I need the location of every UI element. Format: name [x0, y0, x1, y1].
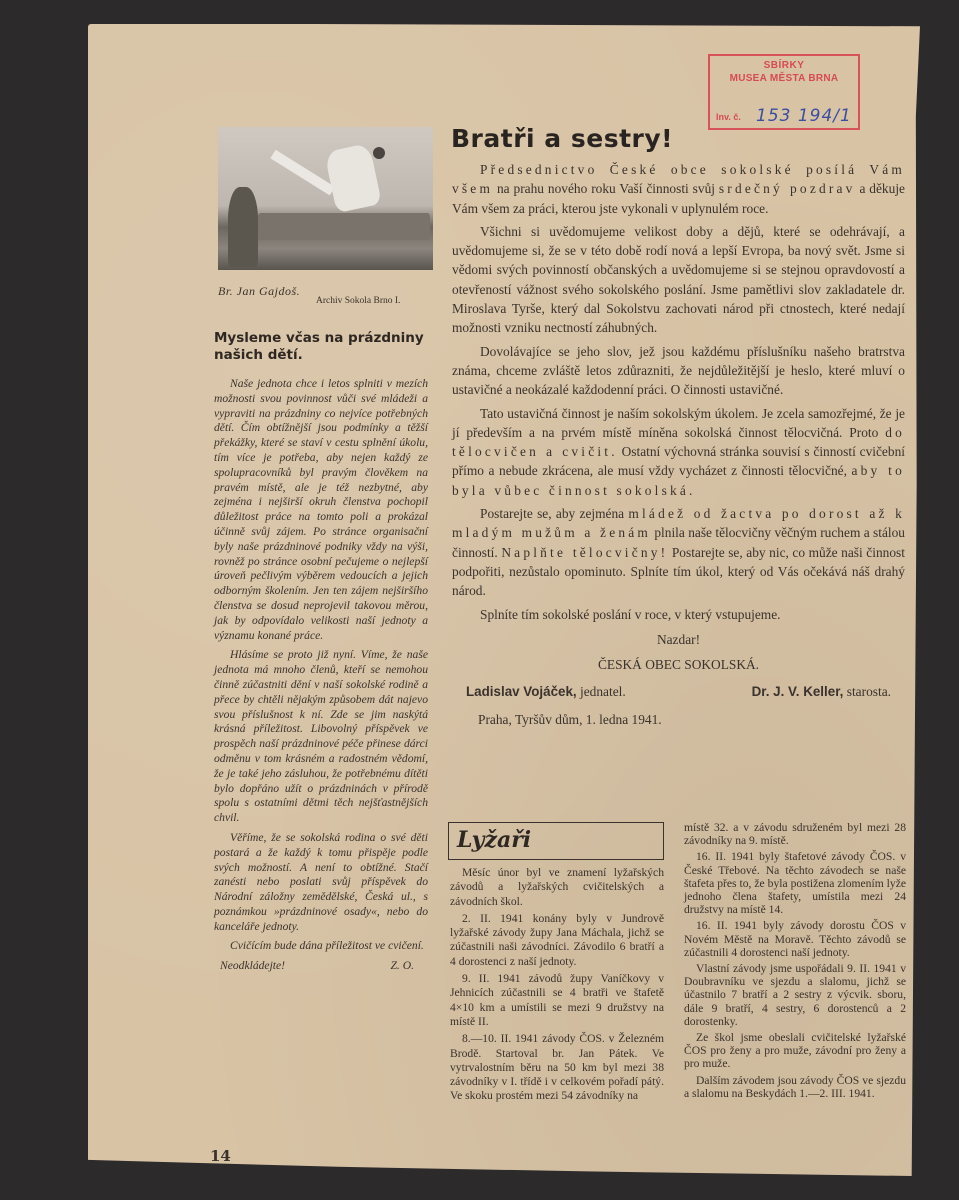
ski-paragraph: Vlastní závody jsme uspořádali 9. II. 19…	[684, 962, 906, 1028]
main-signatures: Ladislav Vojáček, jednatel. Dr. J. V. Ke…	[452, 682, 905, 701]
signature-secretary: Ladislav Vojáček, jednatel.	[466, 682, 626, 701]
ski-article-column-2: místě 32. a v závodu sdruženém byl mezi …	[684, 821, 906, 1103]
stamp-line-2: MUSEA MĚSTA BRNA	[710, 73, 858, 84]
left-article-heading: Mysleme včas na prázdniny našich dětí.	[214, 330, 429, 364]
ski-article-heading-box: Lyžaři	[448, 822, 664, 860]
photo-pommel-horse	[258, 213, 430, 240]
main-paragraph-6: Splníte tím sokolské poslání v roce, v k…	[452, 605, 905, 624]
ski-paragraph: 8.—10. II. 1941 závody ČOS. v Železném B…	[450, 1032, 664, 1103]
left-article-signoff: Neodkládejte! Z. O.	[214, 959, 428, 974]
photo-caption-credit: Archiv Sokola Brno I.	[316, 296, 400, 306]
main-paragraph-4: Tato ustavičná činnost je naším sokolský…	[452, 404, 905, 500]
ski-paragraph: Dalším závodem jsou závody ČOS ve sjezdu…	[684, 1074, 906, 1100]
ski-paragraph: Měsíc únor byl ve znamení lyžařských záv…	[450, 866, 664, 909]
stamp-inventory-number: 153 194/1	[756, 106, 852, 126]
left-paragraph: Cvičícím bude dána příležitost ve cvičen…	[214, 939, 428, 954]
ski-article-heading: Lyžaři	[457, 827, 531, 853]
stamp-line-1: SBÍRKY	[710, 60, 858, 71]
page-number: 14	[210, 1147, 231, 1165]
ski-paragraph-continued: místě 32. a v závodu sdruženém byl mezi …	[684, 821, 906, 847]
main-paragraph-3: Dovolávajíce se jeho slov, jež jsou každ…	[452, 342, 905, 400]
main-paragraph-5: Postarejte se, aby zejména mládež od žac…	[452, 504, 905, 600]
photo-gymnast-leg	[270, 150, 335, 196]
left-paragraph: Věříme, že se sokolská rodina o své děti…	[214, 831, 428, 935]
museum-stamp: SBÍRKY MUSEA MĚSTA BRNA Inv. č. 153 194/…	[708, 54, 860, 130]
ski-paragraph: 16. II. 1941 byly štafetové závody ČOS. …	[684, 850, 906, 916]
main-greeting: Nazdar!	[452, 630, 905, 649]
ski-paragraph: Ze škol jsme obeslali cvičitelské lyžařs…	[684, 1031, 906, 1071]
photo-tree-shape	[228, 187, 258, 267]
main-article-body: Předsednictvo České obce sokolské posílá…	[452, 160, 905, 729]
photo-caption-name: Br. Jan Gajdoš.	[218, 284, 300, 299]
main-place-date: Praha, Tyršův dům, 1. ledna 1941.	[452, 710, 905, 729]
signature-chairman: Dr. J. V. Keller, starosta.	[752, 682, 891, 701]
ski-paragraph: 16. II. 1941 byly závody dorostu ČOS v N…	[684, 919, 906, 959]
main-paragraph-2: Všichni si uvědomujeme velikost doby a d…	[452, 222, 905, 338]
stamp-inventory-label: Inv. č.	[716, 112, 741, 122]
main-paragraph-1: Předsednictvo České obce sokolské posílá…	[452, 160, 905, 218]
ski-paragraph: 9. II. 1941 závodů župy Vaníčkovy v Jehn…	[450, 972, 664, 1029]
left-article-closing: Neodkládejte!	[220, 959, 285, 974]
photo-gymnast-head	[373, 147, 385, 159]
left-article-initials: Z. O.	[390, 959, 414, 974]
left-paragraph: Hlásíme se proto již nyní. Víme, že naše…	[214, 648, 428, 826]
main-article-title: Bratři a sestry!	[451, 124, 673, 153]
left-article-body: Naše jednota chce i letos splniti v mezí…	[214, 377, 428, 974]
main-organization: ČESKÁ OBEC SOKOLSKÁ.	[452, 655, 905, 674]
ski-article-column-1: Měsíc únor byl ve znamení lyžařských záv…	[450, 866, 664, 1107]
gymnast-photo	[218, 127, 433, 270]
left-paragraph: Naše jednota chce i letos splniti v mezí…	[214, 377, 428, 643]
ski-paragraph: 2. II. 1941 konány byly v Jundrově lyžař…	[450, 912, 664, 969]
